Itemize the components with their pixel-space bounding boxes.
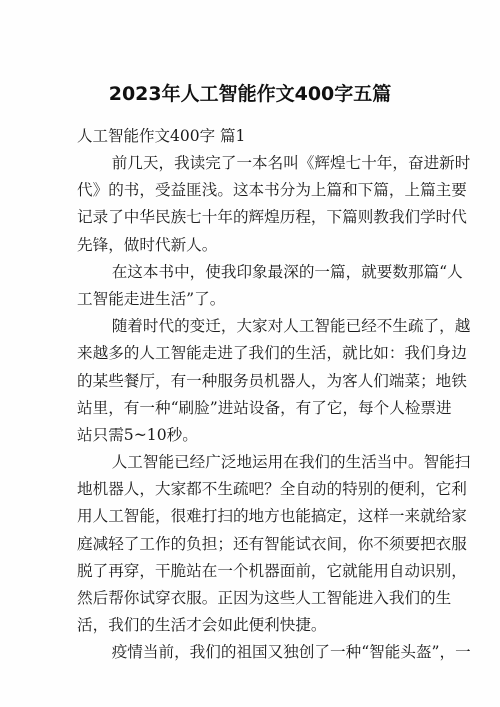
paragraph-4-line-2: 地机器人，大家都不生疏吧？全自动的特别的便利，它利 — [77, 476, 425, 503]
paragraph-2-line-1: 在这本书中，使我印象最深的一篇，就要数那篇“人 — [77, 259, 425, 286]
paragraph-3-line-5: 站只需5~10秒。 — [77, 422, 425, 449]
paragraph-1-line-1: 前几天，我读完了一本名叫《辉煌七十年，奋进新时 — [77, 150, 425, 177]
document-page: 2023年人工智能作文400字五篇 人工智能作文400字 篇1 前几天，我读完了… — [0, 0, 500, 707]
paragraph-1-line-2: 代》的书，受益匪浅。这本书分为上篇和下篇，上篇主要 — [77, 177, 425, 204]
paragraph-4-line-1: 人工智能已经广泛地运用在我们的生活当中。智能扫 — [77, 449, 425, 476]
paragraph-4-line-6: 然后帮你试穿衣服。正因为这些人工智能进入我们的生 — [77, 585, 425, 612]
paragraph-2-line-2: 工智能走进生活”了。 — [77, 286, 425, 313]
paragraph-1-line-3: 记录了中华民族七十年的辉煌历程，下篇则教我们学时代 — [77, 204, 425, 231]
paragraph-3-line-2: 来越多的人工智能走进了我们的生活，就比如：我们身边 — [77, 340, 425, 367]
paragraph-3-line-1: 随着时代的变迁，大家对人工智能已经不生疏了，越 — [77, 313, 425, 340]
paragraph-1-line-4: 先锋，做时代新人。 — [77, 232, 425, 259]
paragraph-4-line-7: 活，我们的生活才会如此便利快捷。 — [77, 612, 425, 639]
paragraph-3-line-3: 的某些餐厅，有一种服务员机器人，为客人们端菜；地铁 — [77, 368, 425, 395]
paragraph-5-line-1: 疫情当前，我们的祖国又独创了一种“智能头盔”，一 — [77, 639, 425, 666]
paragraph-4-line-5: 脱了再穿，干脆站在一个机器面前，它就能用自动识别， — [77, 558, 425, 585]
essay-subheading: 人工智能作文400字 篇1 — [77, 124, 245, 148]
paragraph-3-line-4: 站里，有一种“刷脸”进站设备，有了它，每个人检票进 — [77, 395, 425, 422]
paragraph-4-line-4: 庭减轻了工作的负担；还有智能试衣间，你不须要把衣服 — [77, 531, 425, 558]
document-title: 2023年人工智能作文400字五篇 — [0, 80, 500, 108]
paragraph-4-line-3: 用人工智能，很难打扫的地方也能搞定，这样一来就给家 — [77, 503, 425, 530]
essay-body: 前几天，我读完了一本名叫《辉煌七十年，奋进新时 代》的书，受益匪浅。这本书分为上… — [77, 150, 425, 667]
